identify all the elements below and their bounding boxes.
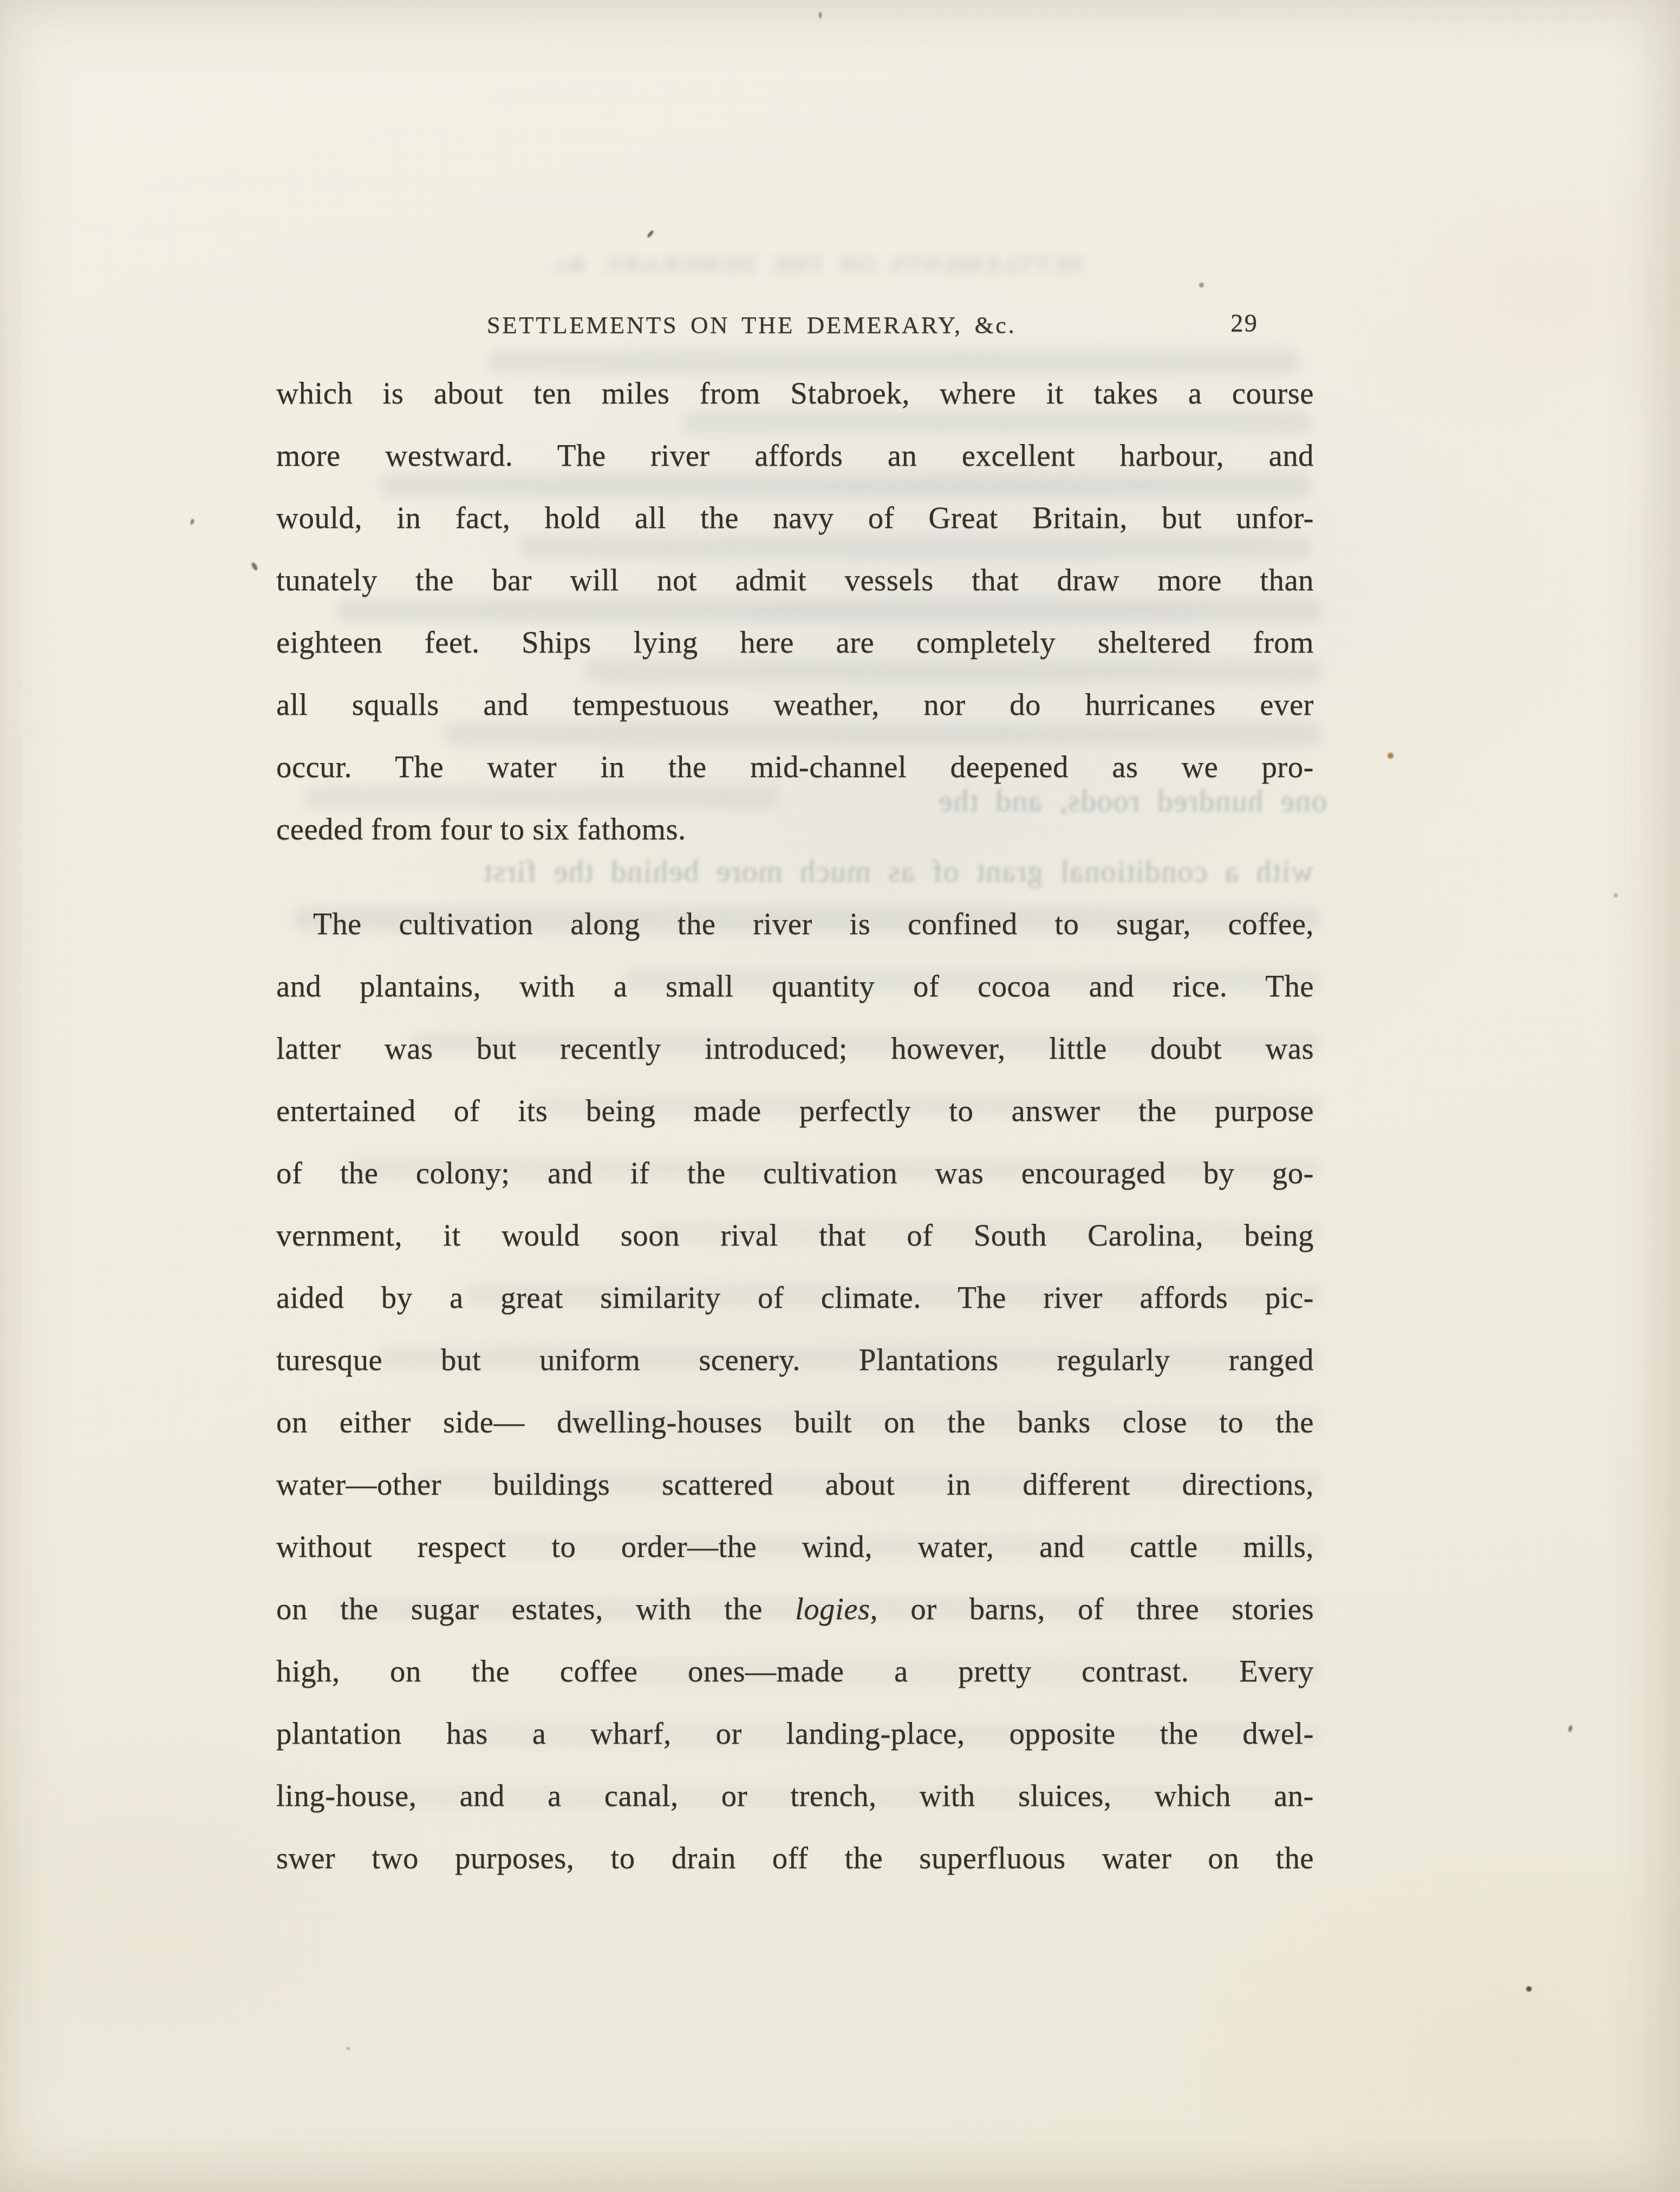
text-line: tunately the bar will not admit vessels … (276, 549, 1314, 611)
line-text: on the sugar estates, with the (276, 1592, 795, 1626)
text-line: would, in fact, hold all the navy of Gre… (276, 487, 1314, 549)
line-text: eighteen feet. Ships lying here are comp… (276, 625, 1314, 660)
text-line: of the colony; and if the cultivation wa… (276, 1142, 1314, 1204)
paper-speck (251, 562, 259, 571)
page-number: 29 (1230, 309, 1258, 338)
text-line: entertained of its being made perfectly … (276, 1080, 1314, 1142)
text-line: plantation has a wharf, or landing-place… (276, 1702, 1314, 1765)
paper-speck (647, 230, 655, 238)
text-line: without respect to order—the wind, water… (276, 1516, 1314, 1578)
text-line: on the sugar estates, with the logies, o… (276, 1578, 1314, 1640)
paragraph-1: which is about ten miles from Stabroek, … (276, 362, 1314, 860)
line-text: high, on the coffee ones—made a pretty c… (276, 1654, 1314, 1688)
line-text: , or barns, of three stories (870, 1592, 1314, 1626)
running-head-title: SETTLEMENTS ON THE DEMERARY, &c. (233, 311, 1270, 339)
line-text: ling-house, and a canal, or trench, with… (276, 1779, 1314, 1813)
paper-speck (1199, 283, 1204, 288)
line-text: latter was but recently introduced; howe… (276, 1032, 1314, 1066)
line-text: on either side— dwelling-houses built on… (276, 1405, 1314, 1439)
text-line: water—other buildings scattered about in… (276, 1453, 1314, 1516)
text-line: vernment, it would soon rival that of So… (276, 1204, 1314, 1267)
line-text: would, in fact, hold all the navy of Gre… (276, 501, 1314, 535)
text-line: which is about ten miles from Stabroek, … (276, 362, 1314, 425)
line-text: water—other buildings scattered about in… (276, 1467, 1314, 1502)
text-line: latter was but recently introduced; howe… (276, 1017, 1314, 1080)
line-text: The cultivation along the river is confi… (313, 907, 1314, 941)
paper-speck (1526, 1986, 1532, 1992)
line-text: aided by a great similarity of climate. … (276, 1281, 1314, 1315)
line-text: which is about ten miles from Stabroek, … (276, 376, 1314, 410)
line-text: ceeded from four to six fathoms. (276, 812, 686, 846)
paper-speck (1388, 753, 1394, 759)
text-line: ling-house, and a canal, or trench, with… (276, 1765, 1314, 1827)
paper-speck (1567, 1725, 1573, 1732)
paper-speck (347, 2047, 350, 2050)
line-text: occur. The water in the mid-channel deep… (276, 750, 1314, 784)
line-text: without respect to order—the wind, water… (276, 1530, 1314, 1564)
text-line: swer two purposes, to drain off the supe… (276, 1827, 1314, 1889)
line-text: entertained of its being made perfectly … (276, 1094, 1314, 1128)
line-text: swer two purposes, to drain off the supe… (276, 1841, 1314, 1875)
line-text: plantation has a wharf, or landing-place… (276, 1717, 1314, 1751)
line-text: of the colony; and if the cultivation wa… (276, 1156, 1314, 1190)
text-line: high, on the coffee ones—made a pretty c… (276, 1640, 1314, 1702)
line-text: turesque but uniform scenery. Plantation… (276, 1343, 1314, 1377)
text-line: more westward. The river affords an exce… (276, 425, 1314, 487)
text-line: The cultivation along the river is confi… (276, 893, 1314, 955)
book-page: SETTLEMENTS ON THE DEMERARY, &c. one hun… (0, 0, 1680, 2192)
text-line: eighteen feet. Ships lying here are comp… (276, 611, 1314, 674)
line-text: vernment, it would soon rival that of So… (276, 1218, 1314, 1252)
text-line: aided by a great similarity of climate. … (276, 1267, 1314, 1329)
paragraph-2: The cultivation along the river is confi… (276, 893, 1314, 1889)
show-through-running-head: SETTLEMENTS ON THE DEMERARY, &c. (428, 250, 1083, 278)
line-text: and plantains, with a small quantity of … (276, 969, 1314, 1003)
line-text: more westward. The river affords an exce… (276, 439, 1314, 473)
paper-speck (819, 12, 822, 18)
text-line: on either side— dwelling-houses built on… (276, 1391, 1314, 1453)
text-line: all squalls and tempestuous weather, nor… (276, 674, 1314, 736)
line-text: all squalls and tempestuous weather, nor… (276, 688, 1314, 722)
text-line: occur. The water in the mid-channel deep… (276, 736, 1314, 798)
italic-word: logies (795, 1592, 870, 1626)
paper-speck (1614, 893, 1618, 897)
line-text: tunately the bar will not admit vessels … (276, 563, 1314, 597)
text-line: and plantains, with a small quantity of … (276, 955, 1314, 1017)
paper-speck (190, 518, 194, 525)
text-line: turesque but uniform scenery. Plantation… (276, 1329, 1314, 1391)
text-line: ceeded from four to six fathoms. (276, 798, 1314, 860)
